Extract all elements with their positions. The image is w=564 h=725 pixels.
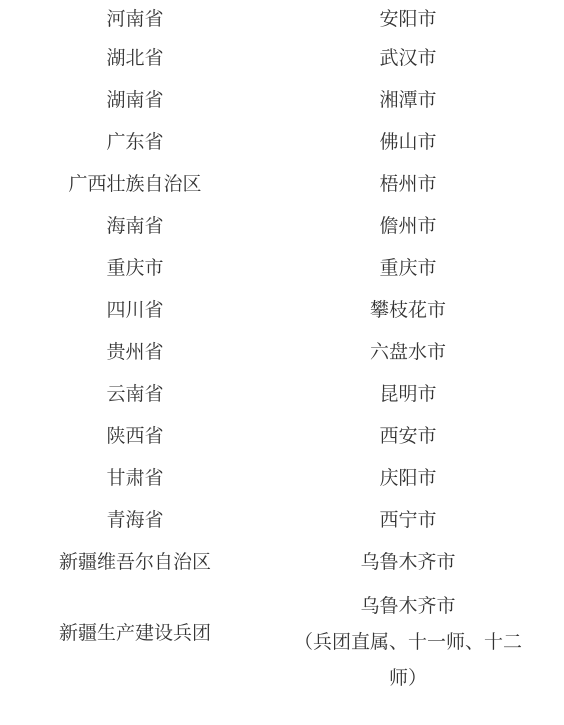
province-cell: 湖南省 [0,79,270,121]
table-row: 湖北省 武汉市 [0,37,564,79]
province-cell: 海南省 [0,205,270,247]
table-row: 海南省 儋州市 [0,205,564,247]
table-row: 广东省 佛山市 [0,121,564,163]
table-row: 湖南省 湘潭市 [0,79,564,121]
table-row: 新疆生产建设兵团 乌鲁木齐市 （兵团直属、十一师、十二师） [0,583,564,725]
province-cell: 四川省 [0,289,270,331]
city-cell: 佛山市 [270,121,546,163]
city-cell: 乌鲁木齐市 （兵团直属、十一师、十二师） [270,583,546,725]
city-cell: 重庆市 [270,247,546,289]
city-cell: 武汉市 [270,37,546,79]
table-row: 云南省 昆明市 [0,373,564,415]
table-row: 青海省 西宁市 [0,499,564,541]
city-cell: 攀枝花市 [270,289,546,331]
province-city-table: 河南省 安阳市 湖北省 武汉市 湖南省 湘潭市 广东省 佛山市 广西壮族自治区 … [0,0,564,725]
province-cell: 重庆市 [0,247,270,289]
province-cell: 甘肃省 [0,457,270,499]
province-cell: 新疆维吾尔自治区 [0,541,270,583]
city-name: 乌鲁木齐市 [360,588,455,624]
city-cell: 六盘水市 [270,331,546,373]
province-cell: 云南省 [0,373,270,415]
table-row: 四川省 攀枝花市 [0,289,564,331]
city-cell: 乌鲁木齐市 [270,541,546,583]
province-cell: 广西壮族自治区 [0,163,270,205]
city-cell: 安阳市 [270,0,546,37]
table-row: 广西壮族自治区 梧州市 [0,163,564,205]
province-cell: 广东省 [0,121,270,163]
province-cell: 陕西省 [0,415,270,457]
city-cell: 湘潭市 [270,79,546,121]
city-cell: 梧州市 [270,163,546,205]
city-cell: 昆明市 [270,373,546,415]
province-cell: 贵州省 [0,331,270,373]
province-cell: 青海省 [0,499,270,541]
province-cell: 河南省 [0,0,270,37]
city-cell: 儋州市 [270,205,546,247]
table-row: 河南省 安阳市 [0,0,564,37]
city-cell: 西安市 [270,415,546,457]
table-row: 贵州省 六盘水市 [0,331,564,373]
table-row: 陕西省 西安市 [0,415,564,457]
city-cell: 西宁市 [270,499,546,541]
city-note: （兵团直属、十一师、十二师） [270,624,546,696]
table-row: 新疆维吾尔自治区 乌鲁木齐市 [0,541,564,583]
province-cell: 湖北省 [0,37,270,79]
province-cell: 新疆生产建设兵团 [0,583,270,725]
table-row: 甘肃省 庆阳市 [0,457,564,499]
city-cell: 庆阳市 [270,457,546,499]
table-row: 重庆市 重庆市 [0,247,564,289]
